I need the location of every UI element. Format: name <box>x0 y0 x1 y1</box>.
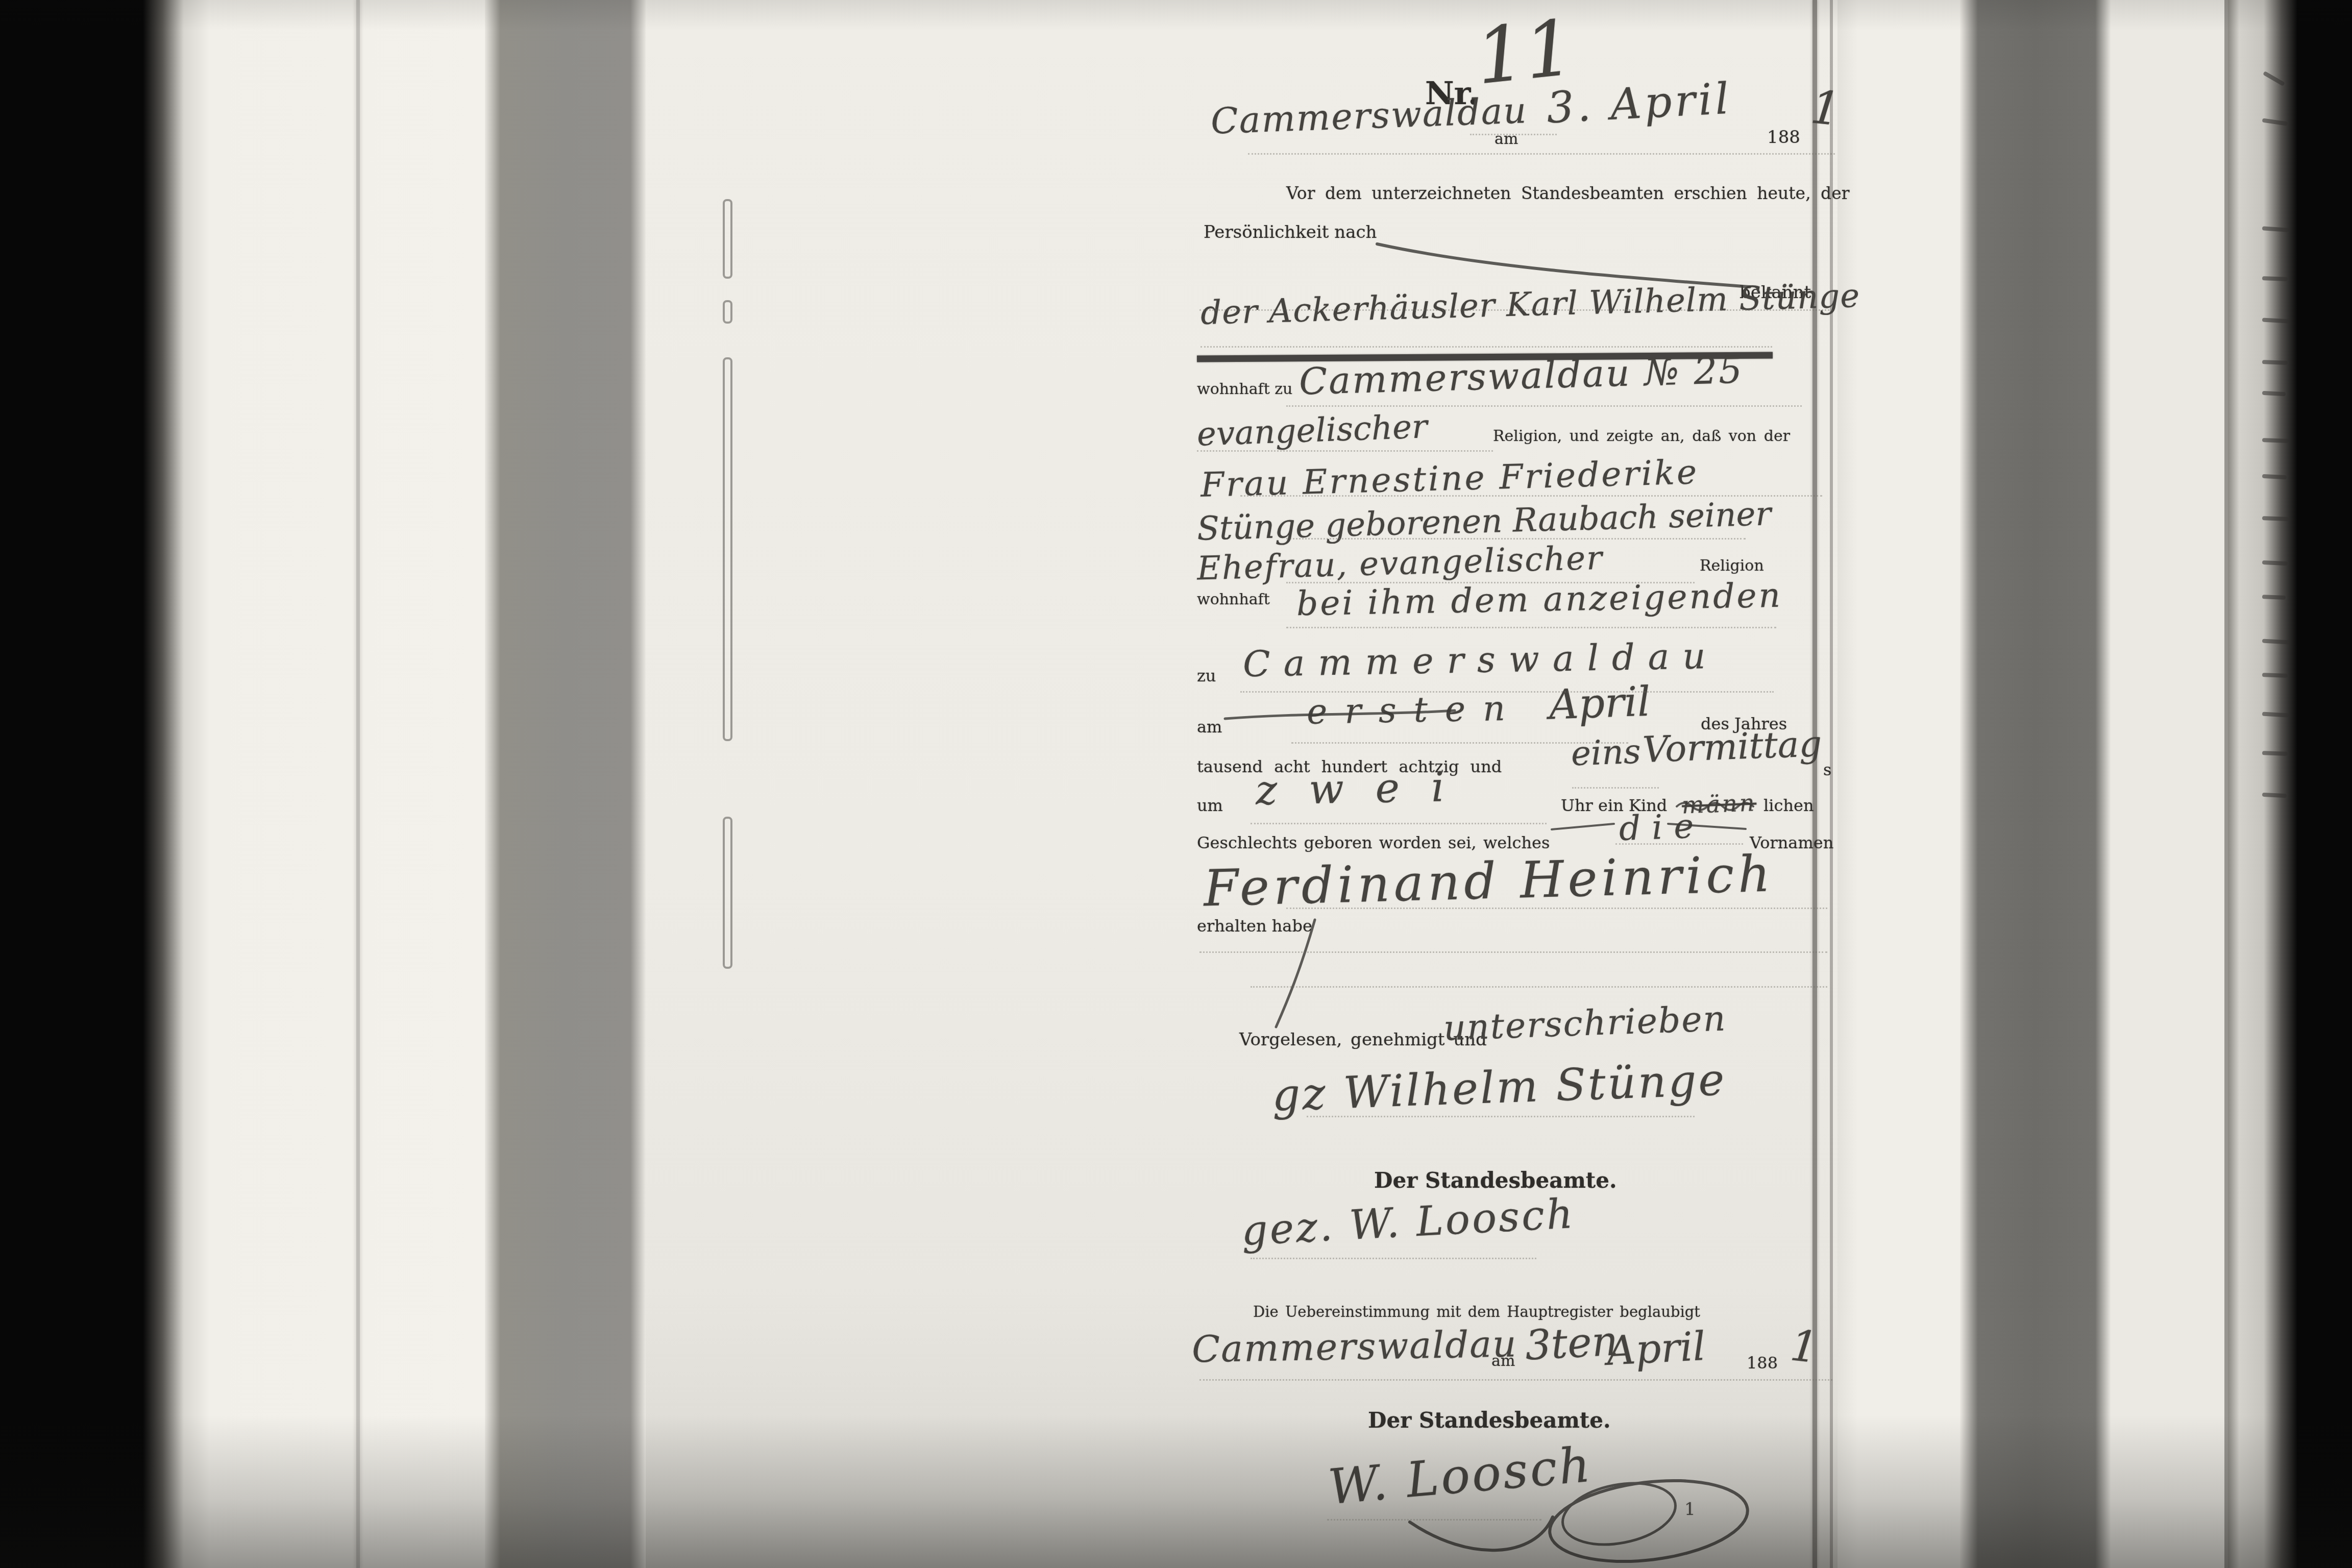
am-label-2: am <box>1197 719 1222 735</box>
right-white-strip <box>2111 0 2228 1568</box>
wohnhaft-zu-label: wohnhaft zu <box>1197 382 1292 397</box>
ruled-baseline <box>1286 908 1827 909</box>
right-gray-film-stripe <box>1960 0 2111 1568</box>
birth-day-handwritten: ersten <box>1306 691 1523 729</box>
adjacent-page-text-fragment <box>2262 595 2286 600</box>
um-label: um <box>1197 797 1223 814</box>
binding-stitch <box>723 357 732 741</box>
page-right-edge-line-2 <box>1830 0 1833 1568</box>
wohnhaft-label: wohnhaft <box>1197 592 1270 607</box>
ruled-baseline <box>1199 1379 1832 1381</box>
ruled-baseline <box>1251 823 1547 824</box>
dateline-place-handwritten: Cammerswaldau <box>1210 92 1528 139</box>
mother-line3-handwritten: Ehefrau, evangelischer <box>1196 542 1603 585</box>
year-word-handwritten: eins <box>1571 735 1641 771</box>
right-page-margin-strip <box>1837 0 1960 1568</box>
hour-handwritten: zwei <box>1255 766 1476 811</box>
certification-year-script: 1 <box>1788 1324 1820 1369</box>
birth-month-handwritten: April <box>1549 681 1651 726</box>
dateline-day-handwritten: 3. April <box>1546 77 1733 130</box>
ruled-baseline <box>1572 787 1659 789</box>
zu-label: zu <box>1197 668 1216 684</box>
ruled-baseline <box>1251 1258 1536 1259</box>
registrar-heading-1: Der Standesbeamte. <box>1374 1170 1617 1191</box>
intro-line-printed: Vor dem unterzeichneten Standesbeamten e… <box>1286 185 1850 202</box>
adjacent-page-sliver <box>2228 0 2297 1568</box>
religion-label: Religion <box>1700 558 1764 574</box>
left-page-edge-strip <box>143 0 485 1568</box>
certification-month-handwritten: April <box>1606 1327 1706 1371</box>
dateline-year-printed: 188 <box>1767 129 1800 146</box>
adjacent-page-text-fragment <box>2262 673 2288 678</box>
ruled-baseline <box>1240 691 1774 693</box>
ruled-baseline <box>1286 538 1746 540</box>
ruled-baseline <box>1200 346 1772 348</box>
religion-line-printed: Religion, und zeigte an, daß von der <box>1493 429 1790 444</box>
certification-year-printed: 188 <box>1747 1355 1778 1371</box>
registrar-heading-2: Der Standesbeamte. <box>1368 1410 1611 1431</box>
mother-line4-handwritten: bei ihm dem anzeigenden <box>1296 579 1782 621</box>
erhalten-label: erhalten habe <box>1197 918 1312 934</box>
page-marker: 1 <box>1684 1501 1696 1518</box>
microfilm-scan-birth-record: Nr. 11 Cammerswaldau am 3. April 188 1 V… <box>0 0 2352 1568</box>
ruled-baseline <box>1286 627 1776 628</box>
ruled-baseline <box>1470 134 1557 135</box>
certification-place-handwritten: Cammerswaldau <box>1191 1325 1517 1367</box>
personality-label: Persönlichkeit nach <box>1204 224 1377 241</box>
geschlechts-line-printed: Geschlechts geboren worden sei, welches <box>1197 835 1550 851</box>
daytime-suffix-printed: s <box>1823 762 1831 778</box>
ruled-baseline <box>1251 986 1827 988</box>
left-gray-film-stripe <box>485 0 646 1568</box>
page-fold-crease <box>356 0 360 1568</box>
ruled-baseline <box>1291 742 1628 744</box>
ruled-baseline <box>1240 495 1822 497</box>
ruled-baseline <box>1286 405 1802 407</box>
certification-printed: Die Uebereinstimmung mit dem Hauptregist… <box>1253 1305 1700 1319</box>
adjacent-page-text-fragment <box>2262 751 2288 756</box>
certification-am-label: am <box>1491 1354 1515 1369</box>
gender-suffix-printed: lichen <box>1763 797 1814 814</box>
birthplace-handwritten: Cammerswaldau <box>1242 638 1719 682</box>
ruled-baseline <box>1286 582 1695 583</box>
religion-handwritten: evangelischer <box>1196 410 1428 451</box>
ruled-baseline <box>1327 1519 1541 1521</box>
binding-stitch <box>723 300 732 324</box>
child-name-handwritten: Ferdinand Heinrich <box>1203 849 1775 914</box>
daytime-handwritten: Vormittag <box>1642 726 1823 768</box>
ruled-baseline <box>1615 843 1743 845</box>
ruled-baseline <box>1307 1116 1695 1117</box>
dateline-year-script: 1 <box>1808 84 1842 133</box>
ruled-baseline <box>1199 309 1832 311</box>
binding-stitch <box>723 199 732 279</box>
closing-handwritten: unterschrieben <box>1443 1001 1727 1046</box>
ruled-baseline <box>1199 951 1827 953</box>
adjacent-page-text-fragment <box>2262 276 2288 281</box>
residence-handwritten: Cammerswaldau № 25 <box>1298 352 1744 400</box>
adjacent-page-text-fragment <box>2262 360 2288 365</box>
article-handwritten: die <box>1619 809 1706 846</box>
binding-stitch <box>723 817 732 969</box>
ruled-baseline <box>1197 450 1493 452</box>
certification-day-handwritten: 3ten <box>1524 1320 1619 1366</box>
sliver-edge-line <box>2224 0 2228 1568</box>
ruled-baseline <box>1248 153 1835 155</box>
